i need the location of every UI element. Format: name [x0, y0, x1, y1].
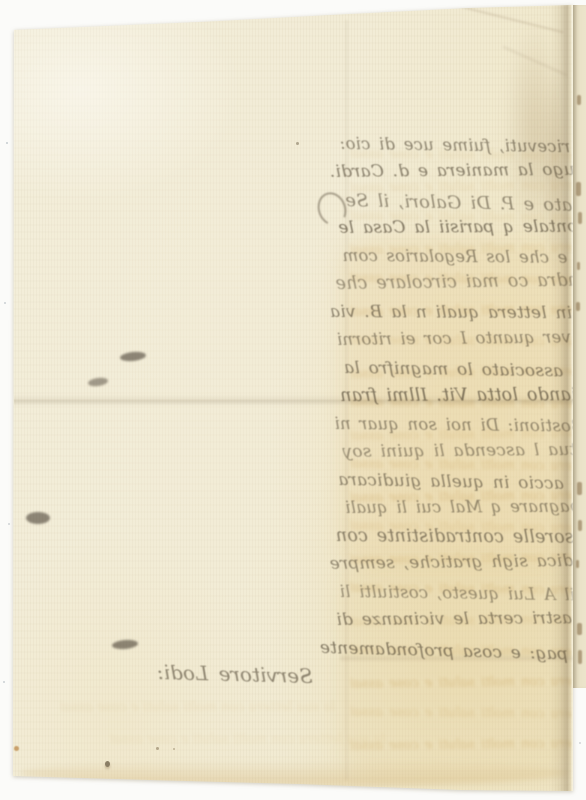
paper-hole	[105, 761, 110, 767]
letter-sheet-wrapper: la sua lettera con molti saluti e cose a…	[0, 0, 586, 800]
ink-mark-edge	[577, 262, 580, 270]
ink-mark-edge	[578, 650, 582, 664]
small-speck	[173, 748, 175, 750]
ink-mark-edge	[578, 520, 582, 531]
ink-mark-edge	[577, 95, 581, 105]
letter-sheet: la sua lettera con molti saluti e cose a…	[0, 0, 586, 800]
second-sheet-edge	[573, 5, 586, 688]
paper-edge-shading	[0, 0, 586, 800]
ink-mark-edge	[577, 623, 582, 635]
ink-mark-edge	[576, 560, 579, 568]
ink-mark-edge	[576, 182, 581, 196]
small-speck	[156, 747, 159, 750]
rust-spot	[14, 746, 19, 751]
ink-mark-edge	[576, 302, 580, 311]
scanned-letter-image: la sua lettera con molti saluti e cose a…	[0, 0, 586, 800]
ink-mark-edge	[578, 212, 582, 224]
ink-mark-edge	[577, 482, 582, 495]
small-speck	[296, 142, 299, 145]
